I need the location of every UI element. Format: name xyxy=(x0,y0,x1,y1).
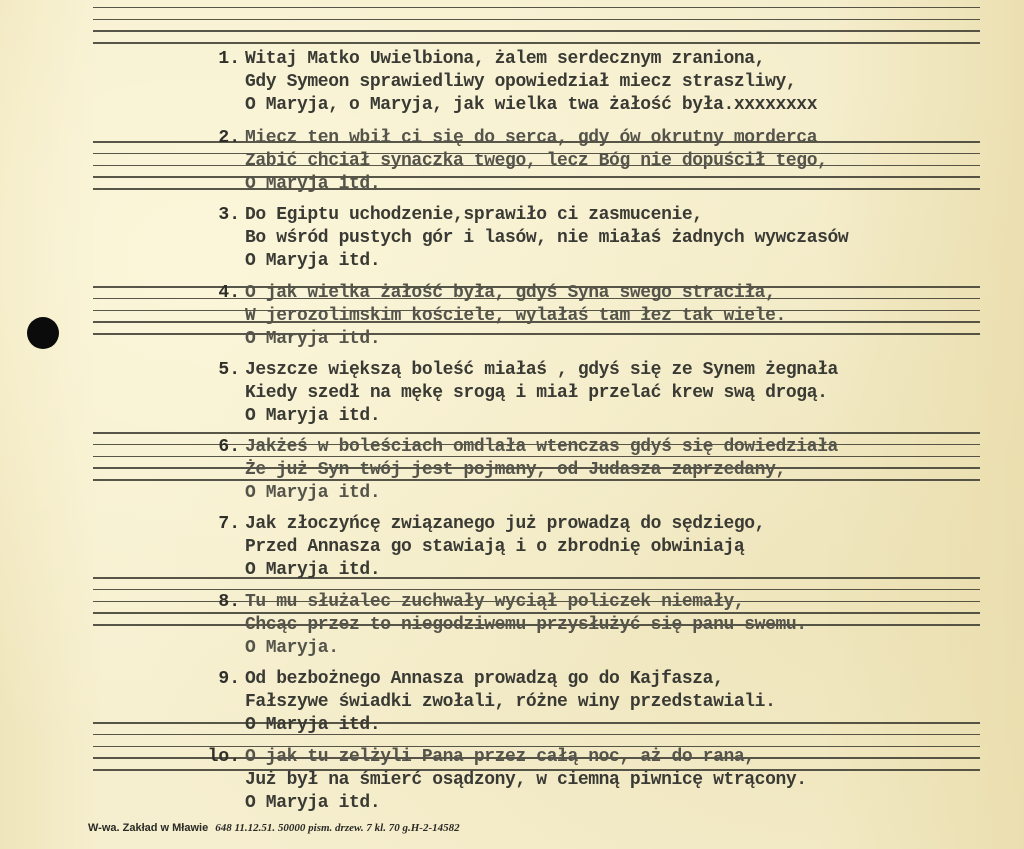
verse-refrain: O Maryja itd. xyxy=(245,483,380,503)
punch-hole xyxy=(27,317,59,349)
verse-line: Od bezbożnego Annasza prowadzą go do Kaj… xyxy=(245,669,723,689)
verse-line: Już był na śmierć osądzony, w ciemną piw… xyxy=(245,770,807,790)
staff-line xyxy=(93,722,980,724)
verse-number: 4. xyxy=(200,283,240,303)
staff-line xyxy=(93,176,980,178)
verse-number: 3. xyxy=(200,205,240,225)
verse-number: 7. xyxy=(200,514,240,534)
verse-line: Bo wśród pustych gór i lasów, nie miałaś… xyxy=(245,228,848,248)
staff-line xyxy=(93,577,980,579)
verse-refrain: O Maryja itd. xyxy=(245,560,380,580)
verse-refrain: O Maryja. xyxy=(245,638,339,658)
verse-refrain: O Maryja itd. xyxy=(245,251,380,271)
verse-line: Jak złoczyńcę związanego już prowadzą do… xyxy=(245,514,765,534)
staff-line xyxy=(93,7,980,9)
staff-line xyxy=(93,188,980,190)
verse-line: Jakżeś w boleściach omdlała wtenczas gdy… xyxy=(245,437,838,457)
staff-line xyxy=(93,19,980,21)
verse-line: Kiedy szedł na mękę srogą i miał przelać… xyxy=(245,383,828,403)
verse-number: 9. xyxy=(200,669,240,689)
staff-line xyxy=(93,30,980,32)
verse-line: Że już Syn twój jest pojmany, od Judasza… xyxy=(245,460,786,480)
verse-line: Przed Annasza go stawiają i o zbrodnię o… xyxy=(245,537,744,557)
document-page: 1. Witaj Matko Uwielbiona, żalem serdecz… xyxy=(0,0,1024,849)
printer-imprint: W-wa. Zakład w Mławie 648 11.12.51. 5000… xyxy=(88,822,460,834)
print-info: 648 11.12.51. 50000 pism. drzew. 7 kl. 7… xyxy=(215,822,459,834)
verse-line: Chcąc przez to niegodziwemu przysłużyć s… xyxy=(245,615,807,635)
staff-line xyxy=(93,432,980,434)
staff-line xyxy=(93,42,980,44)
verse-line: Zabić chciał synaczka twego, lecz Bóg ni… xyxy=(245,151,828,171)
verse-line: Do Egiptu uchodzenie,sprawiło ci zasmuce… xyxy=(245,205,703,225)
verse-line: Fałszywe świadki zwołali, różne winy prz… xyxy=(245,692,776,712)
verse-line: O jak wielka żałość była, gdyś Syna sweg… xyxy=(245,283,776,303)
verse-refrain: O Maryja itd. xyxy=(245,329,380,349)
verse-number: lo. xyxy=(200,747,240,767)
verse-line: O jak tu zelżyli Pana przez całą noc, aż… xyxy=(245,747,755,767)
verse-line: W jerozolimskim kościele, wylałaś tam łe… xyxy=(245,306,786,326)
verse-line: Miecz ten wbił ci się do serca, gdy ów o… xyxy=(245,128,817,148)
staff-line xyxy=(93,612,980,614)
verse-number: 8. xyxy=(200,592,240,612)
verse-refrain: O Maryja itd. xyxy=(245,174,380,194)
verse-line: Jeszcze większą boleść miałaś , gdyś się… xyxy=(245,360,838,380)
verse-refrain: O Maryja itd. xyxy=(245,715,380,735)
verse-refrain: O Maryja itd. xyxy=(245,793,380,813)
staff-line xyxy=(93,333,980,335)
verse-number: 1. xyxy=(200,49,240,69)
verse-number: 6. xyxy=(200,437,240,457)
verse-line: Gdy Symeon sprawiedliwy opowiedział miec… xyxy=(245,72,796,92)
verse-line: Witaj Matko Uwielbiona, żalem serdecznym… xyxy=(245,49,765,69)
staff-line xyxy=(93,589,980,591)
verse-refrain: O Maryja, o Maryja, jak wielka twa żałoś… xyxy=(245,95,817,115)
staff-line xyxy=(93,734,980,736)
publisher-name: W-wa. Zakład w Mławie xyxy=(88,822,208,834)
verse-refrain: O Maryja itd. xyxy=(245,406,380,426)
verse-number: 2. xyxy=(200,128,240,148)
verse-number: 5. xyxy=(200,360,240,380)
verse-line: Tu mu służalec zuchwały wyciął policzek … xyxy=(245,592,744,612)
